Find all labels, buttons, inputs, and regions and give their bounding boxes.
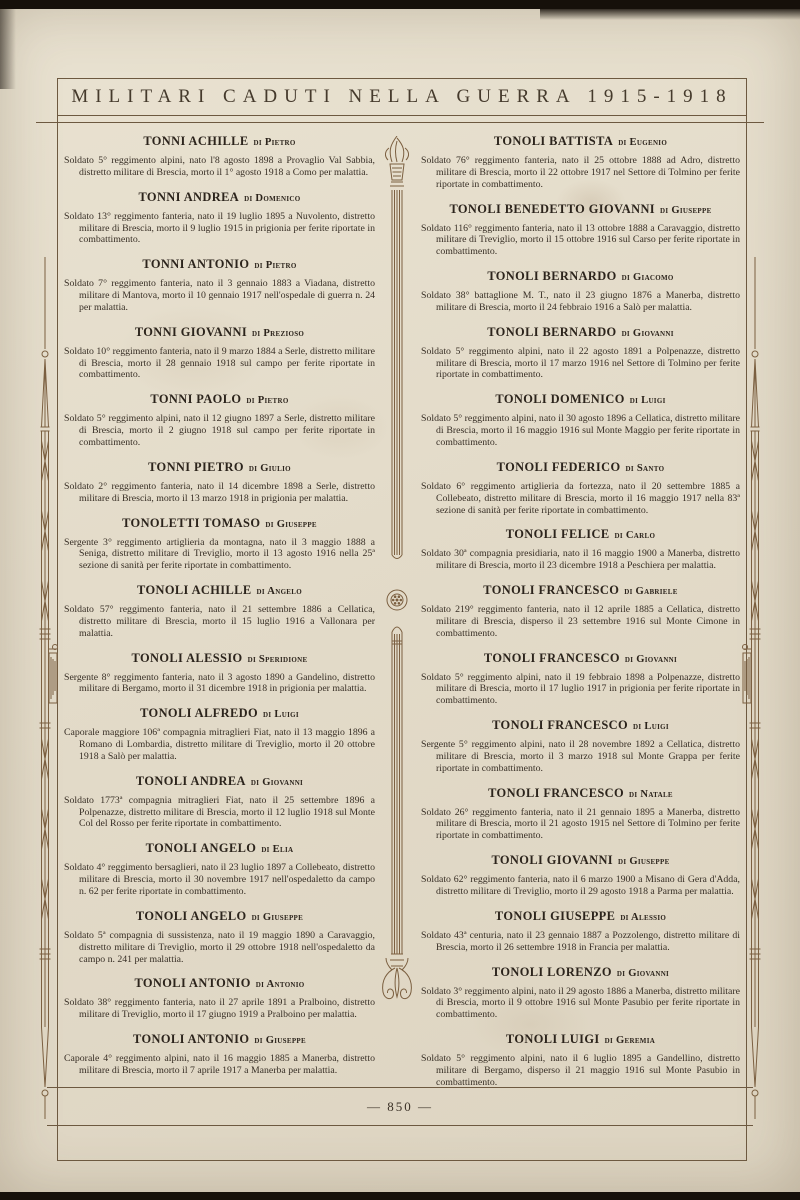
entry-body: Soldato 5° reggimento alpini, nato il 12… [64, 413, 375, 449]
entry-name: TONOLI FRANCESCO [484, 651, 620, 665]
entry-heading: TONOLI ANGELOdi Giuseppe [64, 909, 375, 924]
entry-patronymic: di Angelo [257, 586, 302, 597]
casualty-entry: TONOLI ACHILLEdi Angelo Soldato 57° regg… [64, 583, 375, 640]
entry-patronymic: di Giuseppe [265, 519, 317, 530]
entry-name: TONOLI BATTISTA [494, 134, 613, 148]
entry-patronymic: di Pietro [246, 395, 288, 406]
entry-heading: TONNI GIOVANNIdi Prezioso [64, 325, 375, 340]
entry-heading: TONOLI FRANCESCOdi Natale [421, 786, 740, 801]
entry-body: Soldato 116° reggimento fanteria, nato i… [421, 223, 740, 259]
entry-body: Sergente 3° reggimento artiglieria da mo… [64, 537, 375, 573]
photo-edge [0, 1192, 800, 1200]
entry-name: TONNI ANTONIO [142, 257, 249, 271]
entry-patronymic: di Giuseppe [618, 856, 670, 867]
entry-body: Soldato 5° reggimento alpini, nato l'8 a… [64, 155, 375, 179]
entry-body: Soldato 2° reggimento fanteria, nato il … [64, 481, 375, 505]
fasces-spear-ornament [742, 257, 768, 1119]
entry-heading: TONOLI ANTONIOdi Giuseppe [64, 1032, 375, 1047]
casualty-entry: TONOLI DOMENICOdi Luigi Soldato 5° reggi… [421, 392, 740, 449]
entry-heading: TONOLI BATTISTAdi Eugenio [421, 134, 740, 149]
entry-name: TONOLI ANGELO [136, 909, 247, 923]
entry-name: TONNI ANDREA [138, 190, 239, 204]
entry-patronymic: di Natale [629, 789, 673, 800]
page-header: MILITARI CADUTI NELLA GUERRA 1915-1918 [57, 78, 747, 116]
entry-body: Soldato 5° reggimento alpini, nato il 30… [421, 413, 740, 449]
entry-body: Soldato 38° battaglione M. T., nato il 2… [421, 290, 740, 314]
entry-heading: TONOLI BERNARDOdi Giovanni [421, 325, 740, 340]
entry-patronymic: di Giuseppe [252, 912, 304, 923]
entry-body: Soldato 57° reggimento fanteria, nato il… [64, 604, 375, 640]
entry-name: TONOLI ANDREA [136, 774, 246, 788]
footer: — 850 — [0, 1088, 800, 1126]
entry-patronymic: di Luigi [263, 709, 299, 720]
entry-body: Soldato 5° reggimento alpini, nato il 22… [421, 346, 740, 382]
entry-patronymic: di Pietro [254, 260, 296, 271]
entry-patronymic: di Elia [261, 844, 293, 855]
entry-heading: TONOLI FRANCESCOdi Luigi [421, 718, 740, 733]
casualty-entry: TONOLI LORENZOdi Giovanni Soldato 3° reg… [421, 965, 740, 1022]
entry-patronymic: di Giulio [249, 463, 291, 474]
entry-heading: TONOLI ANTONIOdi Antonio [64, 976, 375, 991]
entry-body: Soldato 1773ª compagnia mitraglieri Fiat… [64, 795, 375, 831]
page: MILITARI CADUTI NELLA GUERRA 1915-1918 T… [0, 9, 800, 1192]
entry-heading: TONOLI FRANCESCOdi Gabriele [421, 583, 740, 598]
casualty-entry: TONOLI ANTONIOdi Antonio Soldato 38° reg… [64, 976, 375, 1021]
casualty-entry: TONOLI ANTONIOdi Giuseppe Caporale 4° re… [64, 1032, 375, 1077]
footer-rule [47, 1125, 753, 1126]
entry-patronymic: di Eugenio [618, 137, 667, 148]
casualty-entry: TONOLETTI TOMASOdi Giuseppe Sergente 3° … [64, 516, 375, 573]
page-title: MILITARI CADUTI NELLA GUERRA 1915-1918 [71, 86, 732, 108]
entry-body: Caporale 4° reggimento alpini, nato il 1… [64, 1053, 375, 1077]
entry-body: Soldato 7° reggimento fanteria, nato il … [64, 278, 375, 314]
entry-body: Soldato 76° reggimento fanteria, nato il… [421, 155, 740, 191]
entry-patronymic: di Domenico [244, 193, 300, 204]
page-number: — 850 — [367, 1099, 433, 1115]
entry-name: TONOLI GIUSEPPE [495, 909, 615, 923]
entry-body: Soldato 10° reggimento fanteria, nato il… [64, 346, 375, 382]
casualty-entry: TONNI GIOVANNIdi Prezioso Soldato 10° re… [64, 325, 375, 382]
entry-name: TONOLI LUIGI [506, 1032, 600, 1046]
photo-edge [540, 9, 800, 20]
entry-body: Soldato 13° reggimento fanteria, nato il… [64, 211, 375, 247]
entry-patronymic: di Giovanni [617, 968, 669, 979]
entry-heading: TONOLI FEDERICOdi Santo [421, 460, 740, 475]
casualty-entry: TONNI ANDREAdi Domenico Soldato 13° regg… [64, 190, 375, 247]
entry-body: Soldato 3° reggimento alpini, nato il 29… [421, 986, 740, 1022]
entry-patronymic: di Pietro [254, 137, 296, 148]
entry-name: TONOLI ACHILLE [137, 583, 252, 597]
entry-heading: TONOLI GIUSEPPEdi Alessio [421, 909, 740, 924]
entry-patronymic: di Antonio [256, 979, 305, 990]
casualty-entry: TONOLI FRANCESCOdi Natale Soldato 26° re… [421, 786, 740, 843]
entry-name: TONOLI ANTONIO [134, 976, 250, 990]
entry-heading: TONOLI BENEDETTO GIOVANNIdi Giuseppe [421, 202, 740, 217]
entry-heading: TONOLI LORENZOdi Giovanni [421, 965, 740, 980]
casualty-entry: TONOLI BATTISTAdi Eugenio Soldato 76° re… [421, 134, 740, 191]
entry-heading: TONOLETTI TOMASOdi Giuseppe [64, 516, 375, 531]
entry-body: Soldato 6° reggimento artiglieria da for… [421, 481, 740, 517]
entry-body: Soldato 43ª centuria, nato il 23 gennaio… [421, 930, 740, 954]
casualty-entry: TONOLI GIOVANNIdi Giuseppe Soldato 62° r… [421, 853, 740, 898]
entry-body: Soldato 62° reggimento fanteria, nato il… [421, 874, 740, 898]
entry-patronymic: di Santo [626, 463, 665, 474]
casualty-entry: TONOLI FRANCESCOdi Luigi Sergente 5° reg… [421, 718, 740, 775]
entry-patronymic: di Giovanni [622, 328, 674, 339]
entry-body: Soldato 4° reggimento bersaglieri, nato … [64, 862, 375, 898]
entry-name: TONOLI ANGELO [146, 841, 257, 855]
casualty-entry: TONOLI ANGELOdi Elia Soldato 4° reggimen… [64, 841, 375, 898]
casualty-entry: TONNI ANTONIOdi Pietro Soldato 7° reggim… [64, 257, 375, 314]
entry-name: TONOLI DOMENICO [495, 392, 624, 406]
casualty-entry: TONOLI ANDREAdi Giovanni Soldato 1773ª c… [64, 774, 375, 831]
entry-body: Soldato 219° reggimento fanteria, nato i… [421, 604, 740, 640]
entry-patronymic: di Carlo [615, 530, 656, 541]
entry-heading: TONOLI ALESSIOdi Speridione [64, 651, 375, 666]
casualty-entry: TONOLI LUIGIdi Geremia Soldato 5° reggim… [421, 1032, 740, 1089]
entry-heading: TONOLI FRANCESCOdi Giovanni [421, 651, 740, 666]
entry-heading: TONNI ACHILLEdi Pietro [64, 134, 375, 149]
casualty-entry: TONOLI ALESSIOdi Speridione Sergente 8° … [64, 651, 375, 696]
casualty-entry: TONNI PAOLOdi Pietro Soldato 5° reggimen… [64, 392, 375, 449]
left-column: TONNI ACHILLEdi Pietro Soldato 5° reggim… [64, 123, 375, 1089]
casualty-entry: TONOLI FELICEdi Carlo Soldato 30ª compag… [421, 527, 740, 572]
entry-name: TONOLI ALESSIO [132, 651, 243, 665]
entry-patronymic: di Luigi [630, 395, 666, 406]
entry-name: TONOLI FRANCESCO [492, 718, 628, 732]
entry-heading: TONOLI DOMENICOdi Luigi [421, 392, 740, 407]
casualty-entry: TONNI PIETROdi Giulio Soldato 2° reggime… [64, 460, 375, 505]
entry-patronymic: di Giovanni [251, 777, 303, 788]
entry-patronymic: di Giuseppe [660, 205, 712, 216]
entry-name: TONOLI FRANCESCO [488, 786, 624, 800]
entry-body: Caporale maggiore 106ª compagnia mitragl… [64, 727, 375, 763]
casualty-entry: TONOLI FRANCESCOdi Giovanni Soldato 5° r… [421, 651, 740, 708]
entry-patronymic: di Prezioso [252, 328, 304, 339]
entry-body: Soldato 5ª compagnia di sussistenza, nat… [64, 930, 375, 966]
entry-body: Soldato 30ª compagnia presidiaria, nato … [421, 548, 740, 572]
entry-patronymic: di Luigi [633, 721, 669, 732]
casualty-entry: TONOLI FEDERICOdi Santo Soldato 6° reggi… [421, 460, 740, 517]
entry-body: Soldato 38° reggimento fanteria, nato il… [64, 997, 375, 1021]
casualty-entry: TONNI ACHILLEdi Pietro Soldato 5° reggim… [64, 134, 375, 179]
entry-name: TONOLI ALFREDO [140, 706, 258, 720]
entry-name: TONNI GIOVANNI [135, 325, 247, 339]
entry-heading: TONOLI ACHILLEdi Angelo [64, 583, 375, 598]
entry-patronymic: di Gabriele [624, 586, 677, 597]
entry-name: TONOLI BERNARDO [487, 325, 616, 339]
entry-name: TONOLI BERNARDO [487, 269, 616, 283]
entry-heading: TONNI ANTONIOdi Pietro [64, 257, 375, 272]
entry-heading: TONOLI GIOVANNIdi Giuseppe [421, 853, 740, 868]
entry-body: Sergente 8° reggimento fanteria, nato il… [64, 672, 375, 696]
photo-edge [0, 9, 16, 89]
fasces-spear-ornament [32, 257, 58, 1119]
casualty-entry: TONOLI BERNARDOdi Giacomo Soldato 38° ba… [421, 269, 740, 314]
entry-body: Sergente 5° reggimento alpini, nato il 2… [421, 739, 740, 775]
entry-patronymic: di Giuseppe [254, 1035, 306, 1046]
entry-body: Soldato 5° reggimento alpini, nato il 19… [421, 672, 740, 708]
entry-patronymic: di Alessio [620, 912, 666, 923]
entry-name: TONNI PIETRO [148, 460, 244, 474]
entry-name: TONOLETTI TOMASO [122, 516, 260, 530]
entry-name: TONOLI GIOVANNI [491, 853, 613, 867]
casualty-entry: TONOLI FRANCESCOdi Gabriele Soldato 219°… [421, 583, 740, 640]
entry-name: TONOLI FRANCESCO [483, 583, 619, 597]
entry-patronymic: di Geremia [605, 1035, 655, 1046]
entry-patronymic: di Giovanni [625, 654, 677, 665]
entry-name: TONNI PAOLO [150, 392, 241, 406]
entry-name: TONOLI BENEDETTO GIOVANNI [449, 202, 655, 216]
casualty-entry: TONOLI ANGELOdi Giuseppe Soldato 5ª comp… [64, 909, 375, 966]
casualty-entry: TONOLI BENEDETTO GIOVANNIdi Giuseppe Sol… [421, 202, 740, 259]
casualty-entry: TONOLI ALFREDOdi Luigi Caporale maggiore… [64, 706, 375, 763]
entry-heading: TONOLI FELICEdi Carlo [421, 527, 740, 542]
entry-heading: TONOLI ALFREDOdi Luigi [64, 706, 375, 721]
entry-heading: TONNI PIETROdi Giulio [64, 460, 375, 475]
entry-heading: TONOLI BERNARDOdi Giacomo [421, 269, 740, 284]
right-column: TONOLI BATTISTAdi Eugenio Soldato 76° re… [421, 123, 740, 1089]
entry-body: Soldato 26° reggimento fanteria, nato il… [421, 807, 740, 843]
entry-heading: TONOLI LUIGIdi Geremia [421, 1032, 740, 1047]
entry-heading: TONNI ANDREAdi Domenico [64, 190, 375, 205]
entry-name: TONOLI FEDERICO [497, 460, 621, 474]
book-page-photo: MILITARI CADUTI NELLA GUERRA 1915-1918 T… [0, 0, 800, 1200]
entry-name: TONOLI LORENZO [492, 965, 612, 979]
entry-patronymic: di Speridione [248, 654, 308, 665]
entry-heading: TONNI PAOLOdi Pietro [64, 392, 375, 407]
torch-column-ornament [380, 136, 414, 1048]
entry-patronymic: di Giacomo [622, 272, 674, 283]
entry-name: TONOLI FELICE [506, 527, 610, 541]
casualty-entry: TONOLI GIUSEPPEdi Alessio Soldato 43ª ce… [421, 909, 740, 954]
entry-heading: TONOLI ANGELOdi Elia [64, 841, 375, 856]
casualty-entry: TONOLI BERNARDOdi Giovanni Soldato 5° re… [421, 325, 740, 382]
entry-name: TONOLI ANTONIO [133, 1032, 249, 1046]
entry-heading: TONOLI ANDREAdi Giovanni [64, 774, 375, 789]
entry-name: TONNI ACHILLE [143, 134, 248, 148]
entry-body: Soldato 5° reggimento alpini, nato il 6 … [421, 1053, 740, 1089]
